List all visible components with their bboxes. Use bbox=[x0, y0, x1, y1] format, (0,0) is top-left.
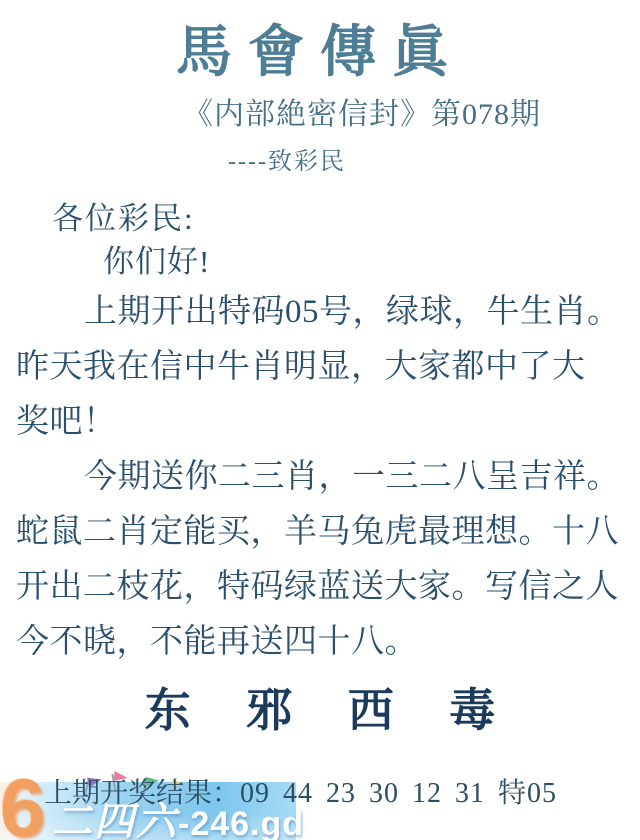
draw-number: 12 bbox=[412, 778, 442, 809]
result-label: 上期开奖结果： bbox=[44, 778, 240, 809]
issue-number: 第078期 bbox=[431, 98, 541, 131]
special-number-prefix: 特 bbox=[498, 778, 527, 809]
letter-line: 上期开出特码05号，绿球，牛生肖。 bbox=[16, 285, 632, 340]
letter-line: 今不晓，不能再送四十八。 bbox=[16, 615, 632, 670]
subtitle-bracket: 《内部絶密信封》 bbox=[183, 98, 431, 131]
previous-draw-results: 上期开奖结果：094423301231特05 bbox=[44, 775, 557, 813]
draw-number: 30 bbox=[369, 778, 399, 809]
letter-line: 奖吧！ bbox=[16, 395, 632, 450]
letter-line: 今期送你二三肖，一三二八呈吉祥。 bbox=[16, 450, 632, 505]
draw-number: 09 bbox=[240, 778, 270, 809]
dedication-line: ----致彩民 bbox=[228, 147, 346, 177]
letter-line: 开出二枝花，特码绿蓝送大家。写信之人 bbox=[16, 560, 632, 615]
greeting: 你们好! bbox=[103, 243, 210, 281]
246-logo-six-icon: 6 bbox=[0, 776, 46, 840]
letter-body: 上期开出特码05号，绿球，牛生肖。 昨天我在信中牛肖明显，大家都中了大 奖吧！ … bbox=[16, 285, 632, 670]
page-title: 馬會傳眞 bbox=[0, 18, 640, 88]
letter-line: 蛇鼠二肖定能买，羊马兔虎最理想。十八 bbox=[16, 505, 632, 560]
draw-number: 44 bbox=[283, 778, 313, 809]
salutation: 各位彩民: bbox=[52, 200, 195, 238]
letter-line: 昨天我在信中牛肖明显，大家都中了大 bbox=[16, 340, 632, 395]
draw-number: 23 bbox=[326, 778, 356, 809]
special-number: 05 bbox=[527, 778, 557, 809]
subtitle: 《内部絶密信封》第078期 bbox=[183, 95, 541, 135]
draw-number: 31 bbox=[455, 778, 485, 809]
fax-letter-page: 馬會傳眞 《内部絶密信封》第078期 ----致彩民 各位彩民: 你们好! 上期… bbox=[0, 0, 640, 840]
signature: 东 邪 西 毒 bbox=[0, 680, 640, 742]
